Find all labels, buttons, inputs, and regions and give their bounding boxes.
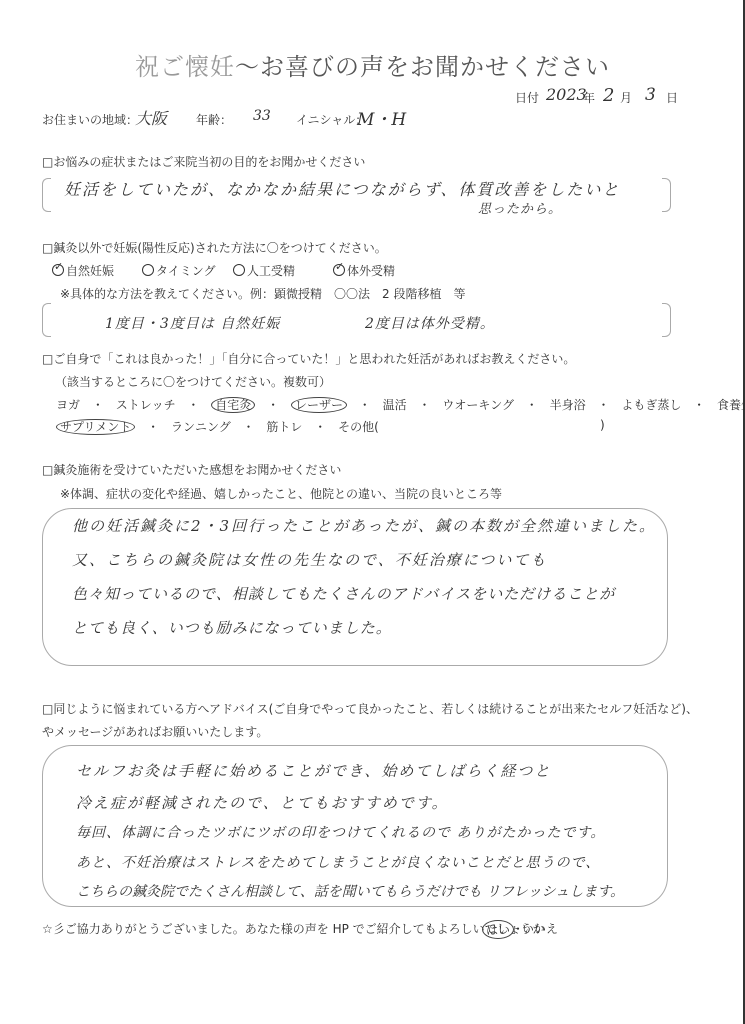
separator: ・ — [418, 398, 430, 412]
q5-question-line2: やメッセージがあればお願いいたします。 — [42, 723, 268, 740]
option-label: タイミング — [156, 264, 216, 278]
initial-value[interactable]: M・H — [357, 105, 406, 130]
region-value[interactable]: 大阪 — [135, 106, 167, 129]
date-day-unit: 日 — [666, 89, 678, 106]
date-day[interactable]: 3 — [645, 85, 656, 105]
title-soft: 祝ご懐妊 — [135, 53, 235, 81]
q1-bracket-right — [662, 178, 671, 212]
q5-answer-line4[interactable]: あと、不妊治療はストレスをためてしまうことが良くないことだと思うので、 — [76, 852, 600, 872]
date-year-unit: 年 — [583, 89, 595, 106]
q4-note: ※体調、症状の変化や経過、嬉しかったこと、他院との違い、当院の良いところ等 — [60, 485, 502, 502]
option-warming[interactable]: 温活 — [383, 398, 407, 412]
q1-answer-line1[interactable]: 妊活をしていたが、なかなか結果につながらず、体質改善をしたいと — [64, 177, 620, 200]
option-label: 体外受精 — [347, 264, 395, 278]
q2-question: □鍼灸以外で妊娠(陽性反応)された方法に〇をつけてください。 — [42, 239, 387, 256]
option-laser[interactable]: レーザー — [291, 397, 347, 413]
checkbox-icon[interactable] — [142, 264, 154, 276]
q3-options-row2: サプリメント ・ ランニング ・ 筋トレ ・ その他( — [56, 418, 379, 435]
q5-answer-line2[interactable]: 冷え症が軽減されたので、とてもおすすめです。 — [76, 792, 449, 813]
option-diet[interactable]: 食養生(ダイエット) — [717, 398, 745, 412]
consent-no[interactable]: いいえ — [522, 920, 558, 937]
option-half-bath[interactable]: 半身浴 — [550, 398, 586, 412]
option-home-moxa[interactable]: 自宅灸 — [211, 397, 255, 413]
option-strength-training[interactable]: 筋トレ — [266, 420, 302, 434]
separator: ・ — [267, 398, 279, 412]
checkbox-checked-icon[interactable] — [333, 264, 345, 276]
q1-question: □お悩みの症状またはご来院当初の目的をお聞かせください — [42, 153, 365, 170]
q4-answer-line2[interactable]: 又、こちらの鍼灸院は女性の先生なので、不妊治療についても — [72, 549, 547, 570]
q2-answer-b[interactable]: 2度目は体外受精。 — [365, 313, 495, 333]
separator: ・ — [693, 398, 705, 412]
option-other-close: ) — [600, 418, 605, 432]
option-label: 人工受精 — [247, 264, 295, 278]
option-stretch[interactable]: ストレッチ — [116, 398, 176, 412]
option-ivf[interactable]: 体外受精 — [333, 262, 395, 279]
q2-bracket-right — [662, 303, 671, 337]
separator: ・ — [187, 398, 199, 412]
separator: ・ — [314, 420, 326, 434]
q4-answer-line3[interactable]: 色々知っているので、相談してもたくさんのアドバイスをいただけることが — [72, 583, 615, 604]
checkbox-checked-icon[interactable] — [52, 264, 64, 276]
consent-text: ☆彡ご協力ありがとうございました。あなた様の声を HP でご紹介してもよろしいで… — [42, 920, 545, 937]
option-artificial-insemination[interactable]: 人工受精 — [233, 262, 295, 279]
separator: ・ — [92, 398, 104, 412]
q2-answer-a[interactable]: 1度目・3度目は 自然妊娠 — [105, 313, 280, 333]
date-month[interactable]: 2 — [603, 85, 614, 106]
age-value[interactable]: 33 — [253, 108, 271, 124]
q5-question-line1: □同じように悩まれている方へアドバイス(ご自身でやって良かったこと、若しくは続け… — [42, 700, 698, 717]
option-natural-pregnancy[interactable]: 自然妊娠 — [52, 262, 114, 279]
q4-answer-line1[interactable]: 他の妊活鍼灸に2・3回行ったことがあったが、鍼の本数が全然違いました。 — [72, 515, 656, 536]
option-other[interactable]: その他( — [338, 420, 379, 434]
separator: ・ — [147, 420, 159, 434]
separator: ・ — [526, 398, 538, 412]
q5-answer-line1[interactable]: セルフお灸は手軽に始めることができ、始めてしばらく経つと — [76, 760, 551, 781]
option-timing[interactable]: タイミング — [142, 262, 216, 279]
q1-answer-line2[interactable]: 思ったから。 — [478, 198, 562, 217]
q2-note: ※具体的な方法を教えてください。例：顕微授精 〇〇法 2 段階移植 等 — [60, 285, 466, 302]
q5-answer-line5[interactable]: こちらの鍼灸院でたくさん相談して、話を聞いてもらうだけでも リフレッシュします。 — [76, 881, 624, 901]
q4-question: □鍼灸施術を受けていただいた感想をお聞かせください — [42, 461, 341, 478]
option-supplement[interactable]: サプリメント — [56, 419, 135, 435]
option-walking[interactable]: ウオーキング — [442, 398, 514, 412]
separator: ・ — [243, 420, 255, 434]
page-title: 祝ご懐妊〜お喜びの声をお聞かせください — [0, 47, 745, 82]
date-month-unit: 月 — [620, 89, 632, 106]
q5-answer-line3[interactable]: 毎回、体調に合ったツボにツボの印をつけてくれるので ありがたかったです。 — [76, 822, 605, 842]
q3-note: （該当するところに〇をつけてください。複数可） — [55, 373, 331, 390]
q3-question: □ご自身で「これは良かった！」「自分に合っていた！」と思われた妊活があればお教え… — [42, 350, 575, 367]
separator: ・ — [597, 398, 609, 412]
q3-options-row1: ヨガ ・ ストレッチ ・ 自宅灸 ・ レーザー ・ 温活 ・ ウオーキング ・ … — [56, 396, 745, 413]
option-running[interactable]: ランニング — [171, 420, 231, 434]
region-label: お住まいの地域： — [42, 111, 138, 128]
option-yoga[interactable]: ヨガ — [56, 398, 80, 412]
title-main: 〜お喜びの声をお聞かせください — [235, 53, 610, 81]
consent-yes[interactable]: はい — [482, 920, 514, 939]
q1-bracket-left — [42, 178, 51, 212]
separator: ・ — [359, 398, 371, 412]
option-yomogi-steam[interactable]: よもぎ蒸し — [621, 398, 681, 412]
q2-bracket-left — [42, 303, 51, 337]
checkbox-icon[interactable] — [233, 264, 245, 276]
q4-answer-line4[interactable]: とても良く、いつも励みになっていました。 — [72, 617, 392, 638]
option-label: 自然妊娠 — [66, 264, 114, 278]
date-year[interactable]: 2023 — [546, 85, 587, 104]
date-label: 日付 — [515, 89, 539, 106]
age-label: 年齢： — [196, 111, 232, 128]
